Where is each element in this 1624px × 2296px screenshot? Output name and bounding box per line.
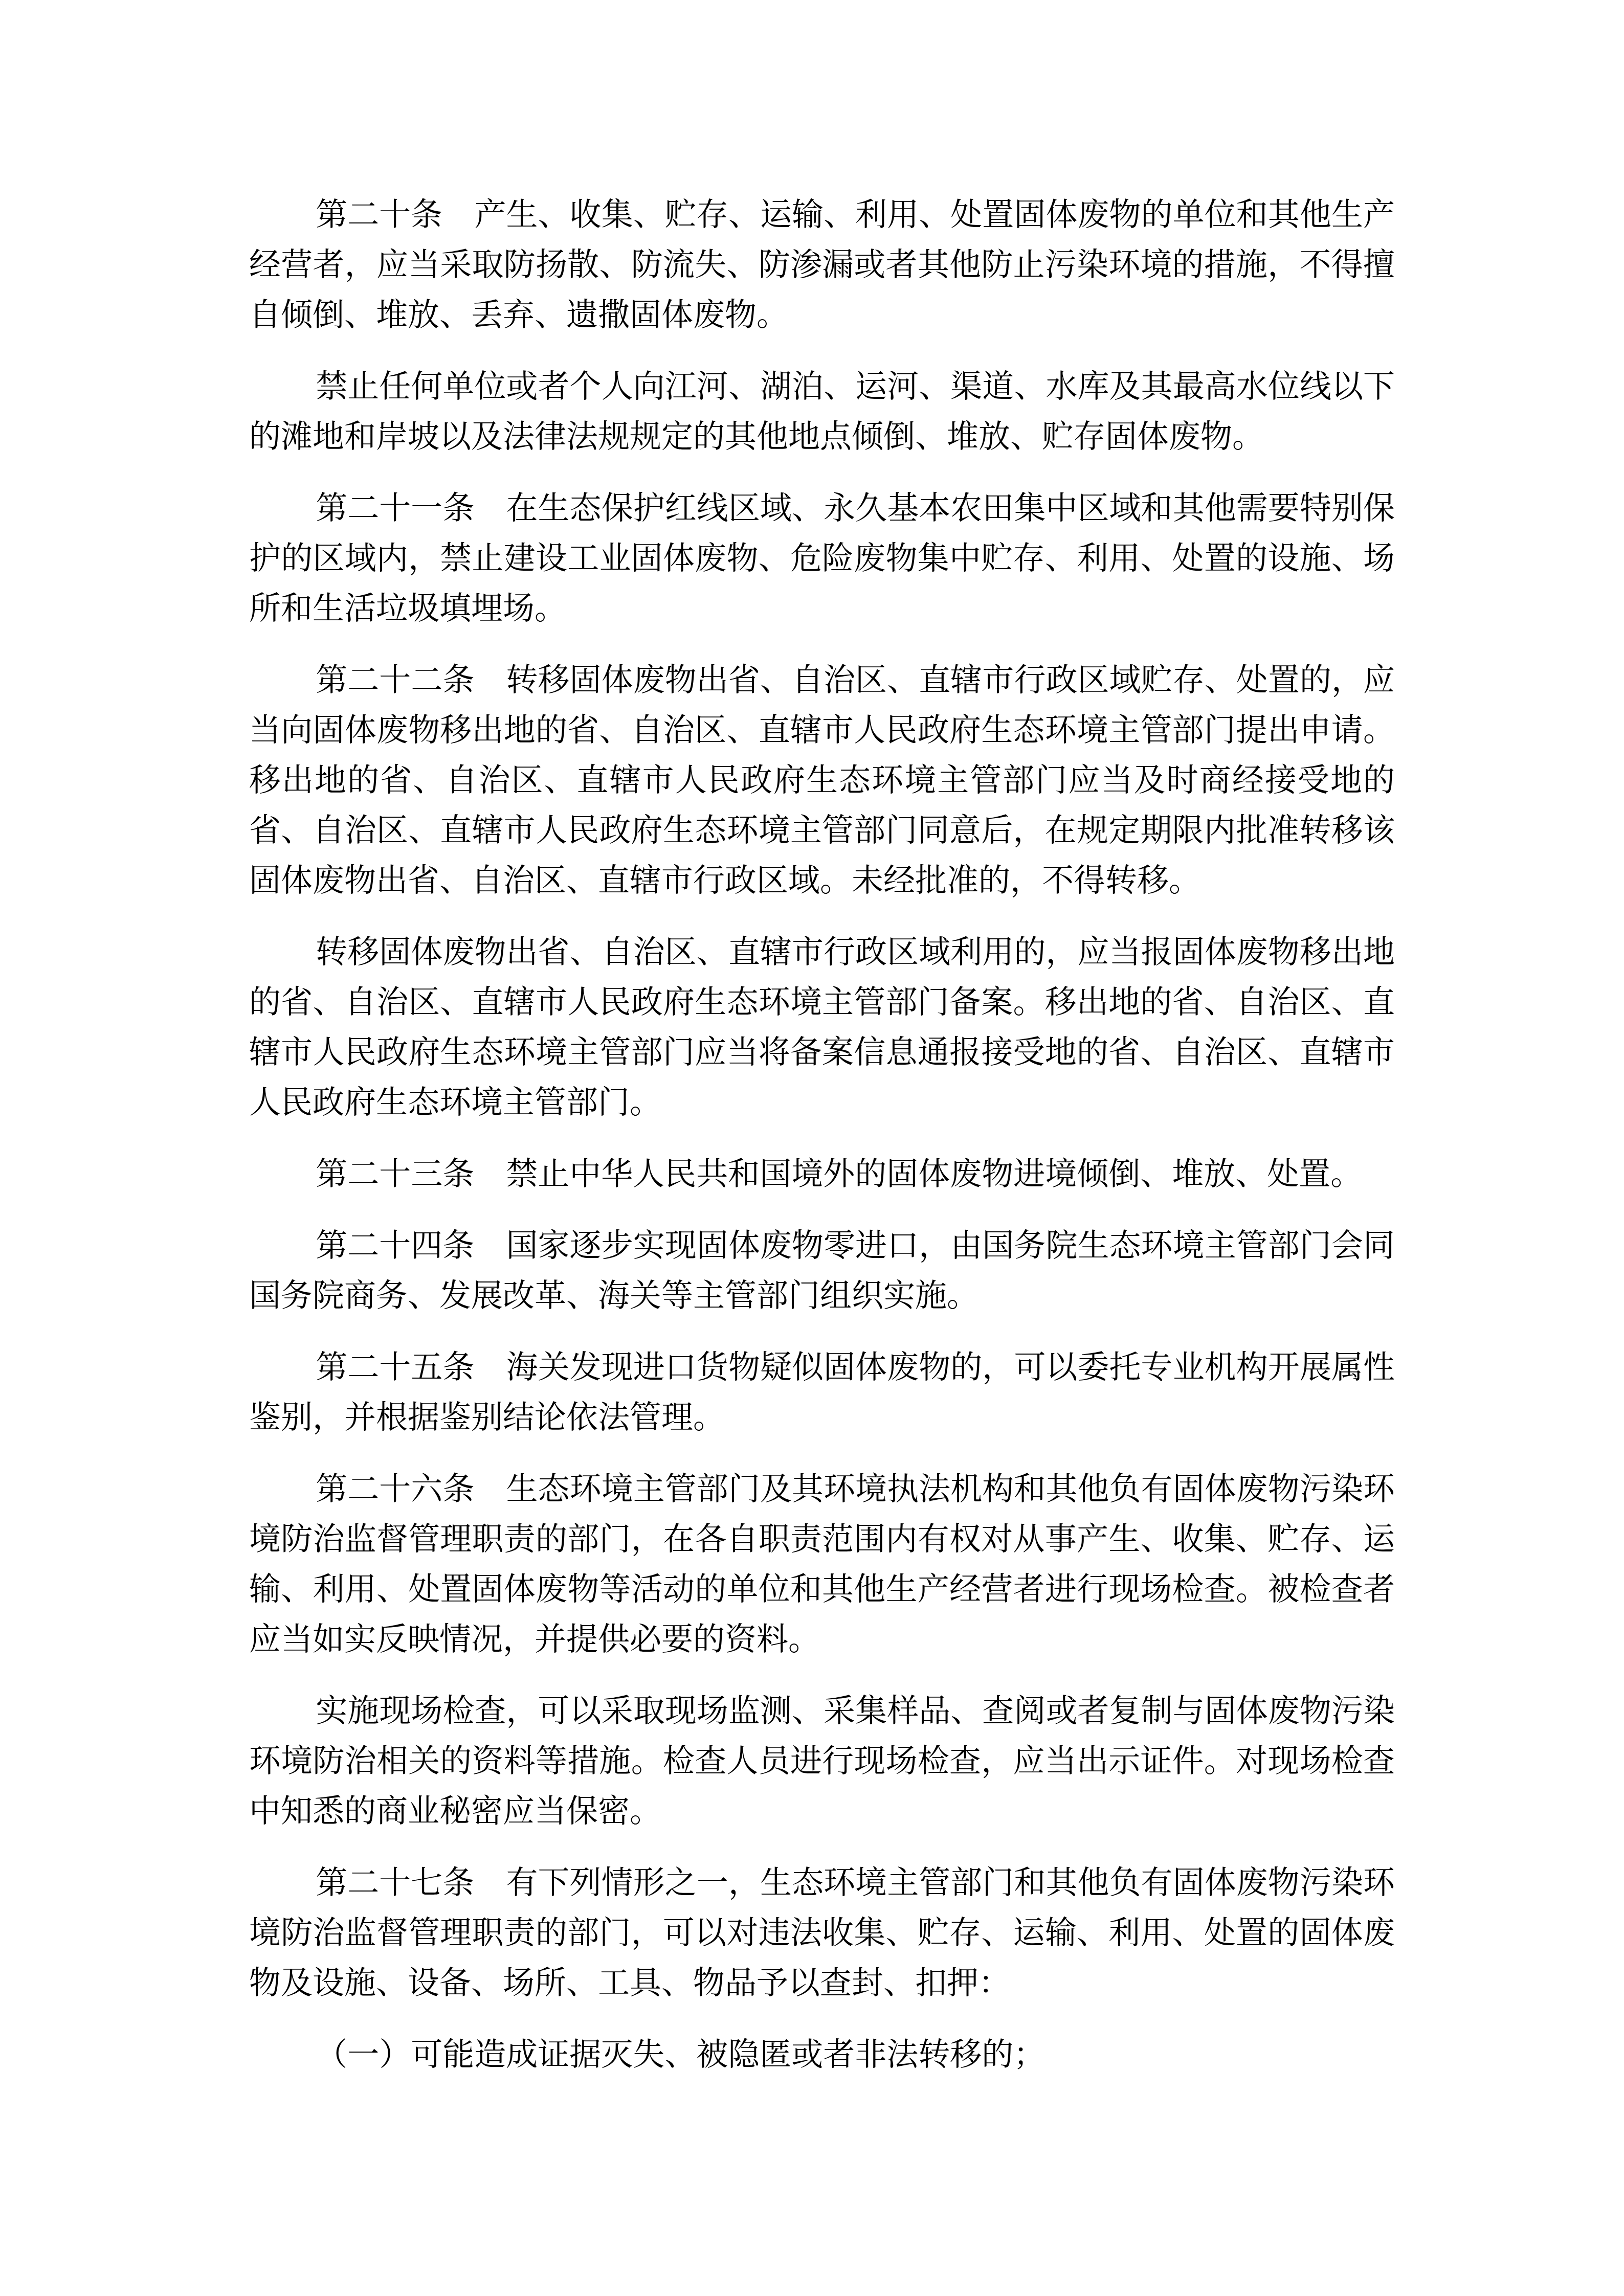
document-text-block: 第二十条 产生、收集、贮存、运输、利用、处置固体废物的单位和其他生产经营者，应当… (249, 190, 1395, 2080)
paragraph-article-25: 第二十五条 海关发现进口货物疑似固体废物的，可以委托专业机构开展属性鉴别，并根据… (249, 1343, 1395, 1443)
document-page: 第二十条 产生、收集、贮存、运输、利用、处置固体废物的单位和其他生产经营者，应当… (0, 0, 1624, 2296)
paragraph-article-20-clause-2: 禁止任何单位或者个人向江河、湖泊、运河、渠道、水库及其最高水位线以下的滩地和岸坡… (249, 362, 1395, 462)
paragraph-article-24: 第二十四条 国家逐步实现固体废物零进口，由国务院生态环境主管部门会同国务院商务、… (249, 1221, 1395, 1321)
paragraph-article-22: 第二十二条 转移固体废物出省、自治区、直辖市行政区域贮存、处置的，应当向固体废物… (249, 656, 1395, 906)
paragraph-article-21: 第二十一条 在生态保护红线区域、永久基本农田集中区域和其他需要特别保护的区域内，… (249, 484, 1395, 634)
paragraph-article-27-item-1: （一）可能造成证据灭失、被隐匿或者非法转移的； (249, 2030, 1395, 2080)
paragraph-article-26: 第二十六条 生态环境主管部门及其环境执法机构和其他负有固体废物污染环境防治监督管… (249, 1465, 1395, 1665)
paragraph-article-20: 第二十条 产生、收集、贮存、运输、利用、处置固体废物的单位和其他生产经营者，应当… (249, 190, 1395, 341)
paragraph-article-22-clause-2: 转移固体废物出省、自治区、直辖市行政区域利用的，应当报固体废物移出地的省、自治区… (249, 928, 1395, 1128)
paragraph-article-23: 第二十三条 禁止中华人民共和国境外的固体废物进境倾倒、堆放、处置。 (249, 1150, 1395, 1200)
paragraph-article-26-clause-2: 实施现场检查，可以采取现场监测、采集样品、查阅或者复制与固体废物污染环境防治相关… (249, 1686, 1395, 1837)
paragraph-article-27: 第二十七条 有下列情形之一，生态环境主管部门和其他负有固体废物污染环境防治监督管… (249, 1858, 1395, 2009)
